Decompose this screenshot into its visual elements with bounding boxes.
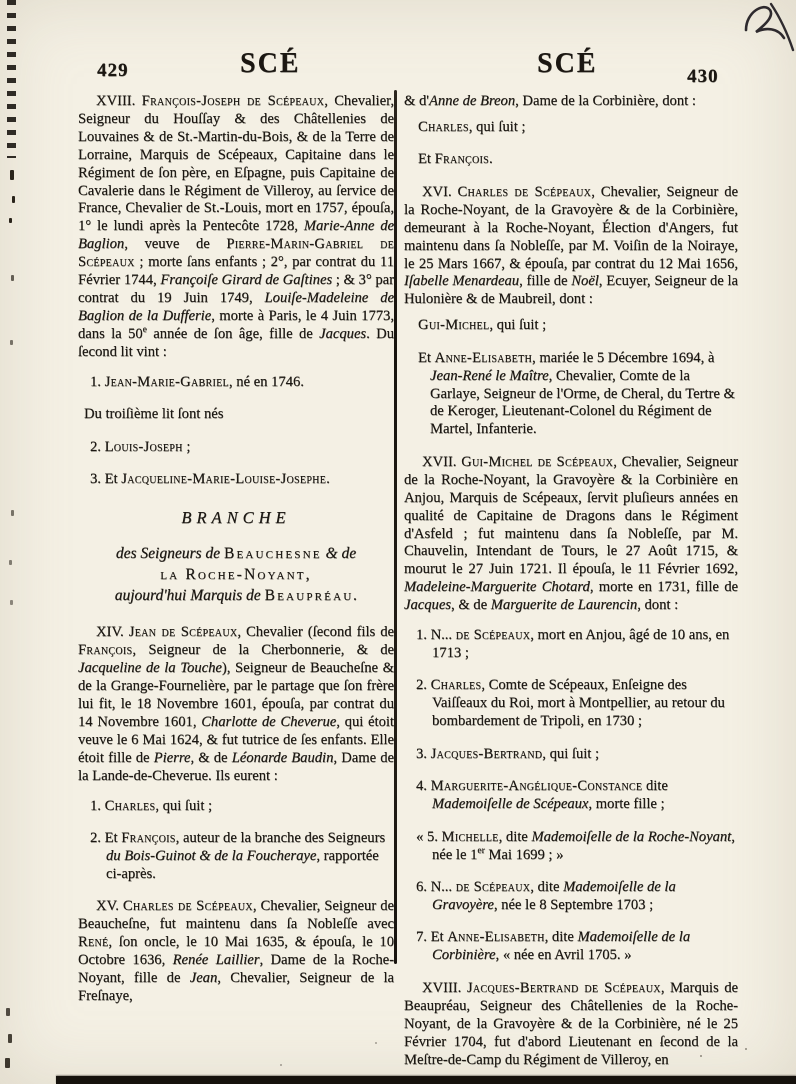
handwritten-mark: [736, 0, 796, 58]
scan-speck: [10, 340, 13, 345]
scan-speck: [12, 196, 15, 203]
child-list-item: 6. N... de Scépeaux, dite Mademoiſelle d…: [404, 879, 738, 915]
page-number-left: 429: [97, 60, 129, 82]
paragraph-xv: XV. Charles de Scépeaux, Chevalier, Seig…: [78, 898, 394, 1005]
child-list-item: Gui-Michel, qui ſuit ;: [404, 317, 738, 335]
branch-subtitle-line: la Roche-Noyant,: [78, 564, 394, 585]
scanned-book-page: 429 SCÉ SCÉ 430 XVIII. François-Joseph d…: [0, 0, 796, 1084]
scan-speck: [10, 170, 14, 180]
branch-subtitle-line: des Seigneurs de Beauchesne & de: [78, 543, 394, 564]
scan-speck: [10, 600, 13, 605]
scan-speck: [9, 560, 12, 565]
paragraph-xviii-left: XVIII. François-Joseph de Scépeaux, Chev…: [78, 93, 394, 362]
child-list-item: 3. Jacques-Bertrand, qui ſuit ;: [404, 746, 738, 764]
child-list-item: 1. Jean-Marie-Gabriel, né en 1746.: [78, 374, 394, 392]
child-list-item: Et François.: [404, 151, 738, 169]
child-list-item: « 5. Michelle, dite Mademoiſelle de la R…: [404, 829, 738, 865]
column-divider-rule: [394, 90, 397, 964]
scan-speck: [280, 1064, 282, 1066]
binding-artifact-dashes: [7, 0, 16, 158]
scan-speck: [6, 1008, 10, 1016]
child-list-item: 3. Et Jacqueline-Marie-Louise-Josephe.: [78, 471, 394, 489]
text-column-left: XVIII. François-Joseph de Scépeaux, Chev…: [78, 93, 394, 1006]
child-list-item: 2. Louis-Joseph ;: [78, 439, 394, 457]
child-list-item: 1. N... de Scépeaux, mort en Anjou, âgé …: [404, 627, 738, 663]
scan-speck: [5, 1058, 10, 1068]
scan-speck: [375, 1042, 377, 1044]
branch-subtitle-line: aujourd'hui Marquis de Beaupréau.: [78, 585, 394, 606]
child-list-item: 2. Charles, Comte de Scépeaux, Enſeigne …: [404, 677, 738, 731]
scan-speck: [11, 275, 14, 281]
paragraph-xiv: XIV. Jean de Scépeaux, Chevalier (ſecond…: [78, 624, 394, 785]
child-list-item: 4. Marguerite-Angélique-Constance dite M…: [404, 778, 738, 814]
child-list-item: 1. Charles, qui ſuit ;: [78, 798, 394, 816]
scan-speck: [745, 1048, 747, 1050]
scan-speck: [8, 1034, 12, 1043]
paragraph-xvii: XVII. Gui-Michel de Scépeaux, Chevalier,…: [404, 454, 738, 615]
scan-edge-bar: [56, 1076, 796, 1084]
text-column-right: & d'Anne de Breon, Dame de la Corbinière…: [404, 93, 738, 1069]
paragraph-continuation: & d'Anne de Breon, Dame de la Corbinière…: [404, 93, 738, 111]
scan-speck: [11, 510, 14, 516]
page-number-right: 430: [687, 66, 719, 88]
scan-speck: [9, 218, 12, 223]
branch-heading: BRANCHE: [78, 509, 394, 527]
paragraph-xvi: XVI. Charles de Scépeaux, Chevalier, Sei…: [404, 184, 738, 309]
child-list-item: 2. Et François, auteur de la branche des…: [78, 830, 394, 884]
paragraph-xviii-right: XVIII. Jacques-Bertrand de Scépeaux, Mar…: [404, 980, 738, 1070]
interline-note: Du troiſième lit ſont nés: [78, 406, 394, 424]
child-list-item: Charles, qui ſuit ;: [404, 119, 738, 137]
child-list-item: Et Anne-Elisabeth, mariée le 5 Décembre …: [404, 350, 738, 440]
running-head-left: SCÉ: [240, 48, 300, 80]
child-list-item: 7. Et Anne-Elisabeth, dite Mademoiſelle …: [404, 929, 738, 965]
running-head-right: SCÉ: [537, 48, 597, 80]
